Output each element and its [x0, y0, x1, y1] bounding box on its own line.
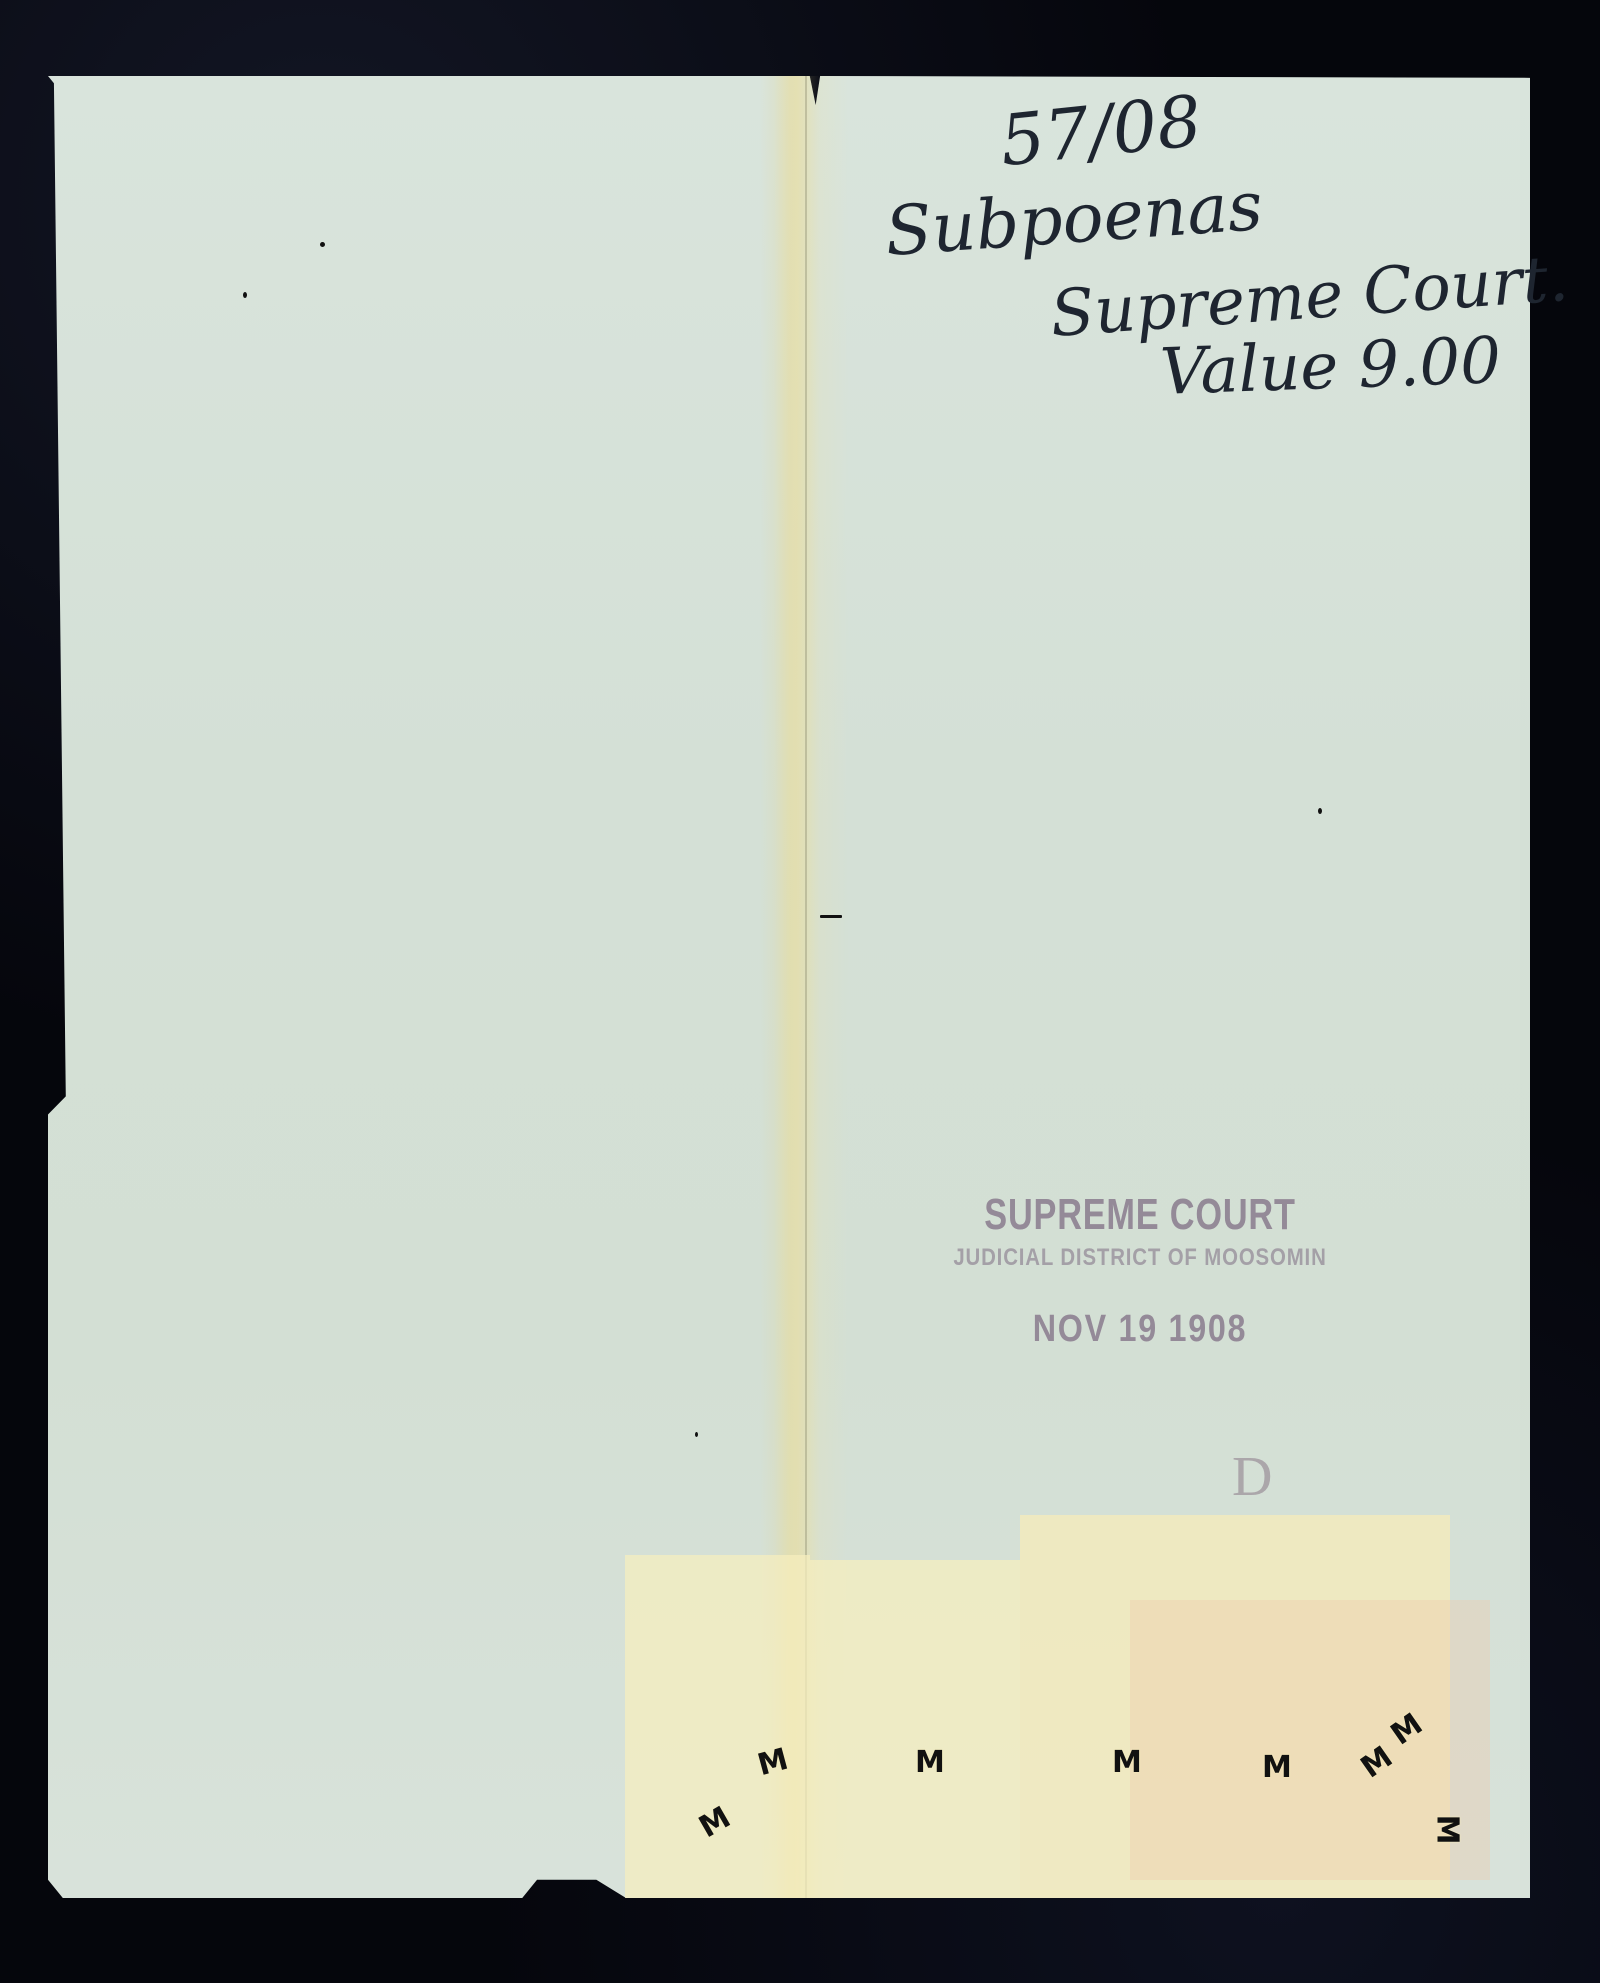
- stamp-date: NOV 19 1908: [936, 1308, 1344, 1351]
- ink-speck: [695, 1432, 698, 1437]
- perfin-hole: M: [1112, 1745, 1142, 1780]
- ink-speck: [1318, 808, 1322, 814]
- handwritten-value: Value 9.00: [1159, 324, 1502, 410]
- perfin-hole: M: [1262, 1750, 1292, 1785]
- stamp-title: SUPREME COURT: [953, 1190, 1327, 1240]
- ink-speck: [243, 292, 247, 298]
- revenue-stamp: [625, 1555, 810, 1898]
- ink-speck: [820, 915, 842, 918]
- stamp-district: JUDICIAL DISTRICT OF MOOSOMIN: [936, 1244, 1344, 1272]
- pencil-mark: D: [1232, 1445, 1272, 1509]
- ink-speck: [320, 242, 325, 247]
- revenue-stamp: [810, 1560, 1020, 1898]
- court-received-stamp: SUPREME COURT JUDICIAL DISTRICT OF MOOSO…: [900, 1190, 1380, 1351]
- perfin-hole: M: [1429, 1815, 1464, 1845]
- perfin-hole: M: [915, 1745, 945, 1780]
